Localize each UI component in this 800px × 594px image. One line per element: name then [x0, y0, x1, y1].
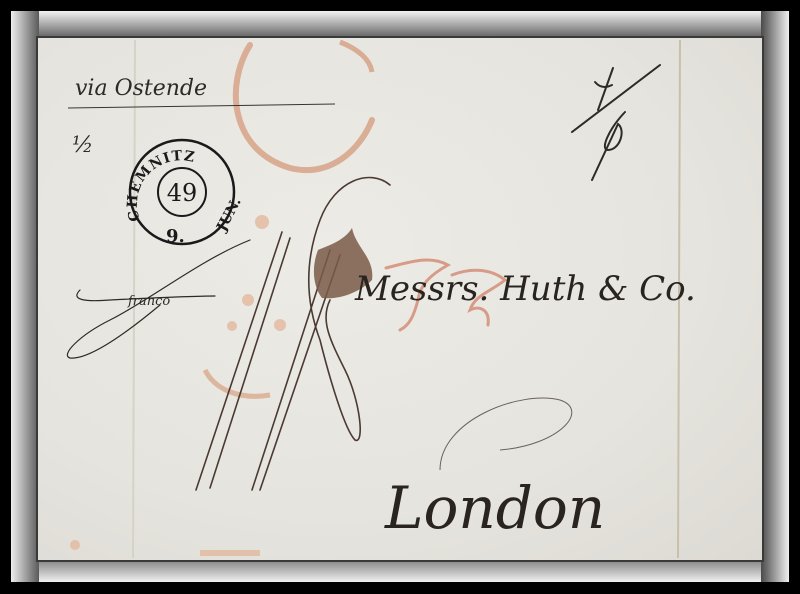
- postmark-chemnitz: CHEMNITZ 49 9. JUN.: [125, 140, 245, 247]
- route-instruction: via Ostende: [75, 76, 207, 101]
- red-circle-handstamp: [70, 42, 372, 556]
- postmark-day: 9.: [166, 226, 185, 247]
- cover-artwork: via Ostende ½ CHEMNITZ 49 9. JUN. franco: [0, 0, 800, 594]
- london-flourish: [440, 398, 572, 470]
- postmark-year: 49: [167, 179, 198, 207]
- destination-city: London: [384, 474, 605, 542]
- rate-note-left: ½: [72, 133, 93, 158]
- rate-note-right: [572, 65, 660, 180]
- addressee: Messrs. Huth & Co.: [354, 269, 696, 309]
- address-prefix: franco: [127, 294, 170, 309]
